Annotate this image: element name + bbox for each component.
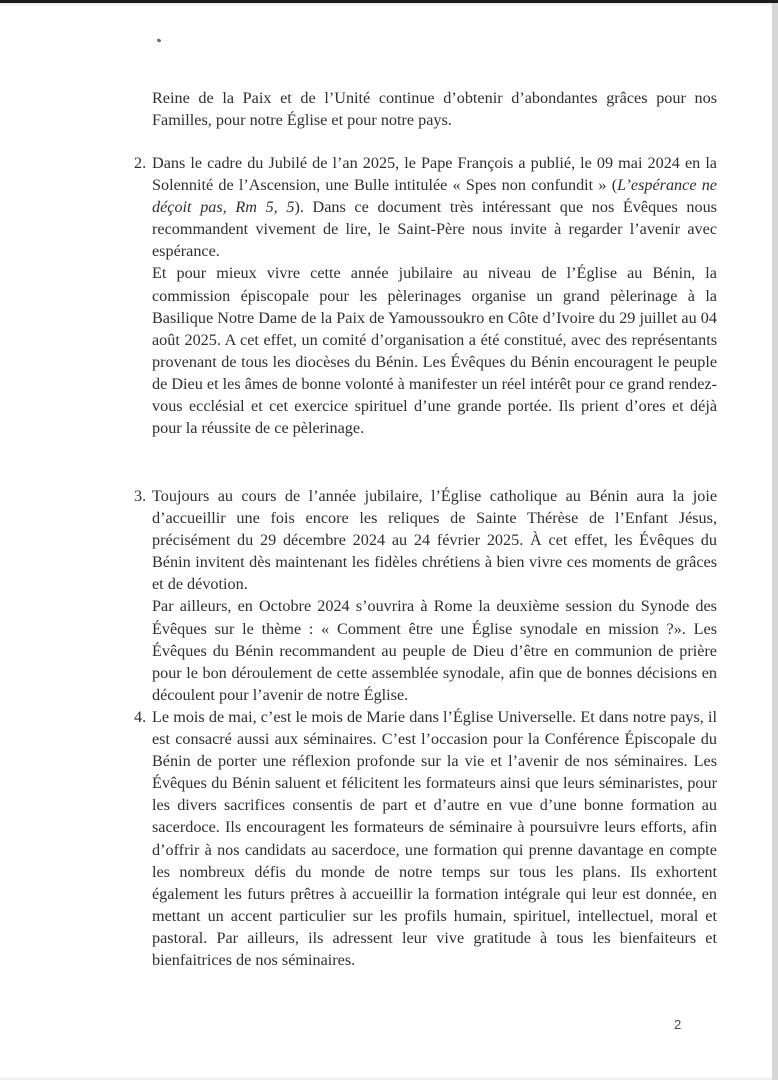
list-item-body: Dans le cadre du Jubilé de l’an 2025, le… [152, 152, 717, 439]
list-item-3: 3. Toujours au cours de l’année jubilair… [134, 485, 717, 706]
list-item-body: Toujours au cours de l’année jubilaire, … [152, 485, 717, 706]
paragraph: Et pour mieux vivre cette année jubilair… [152, 262, 717, 439]
document-page: Reine de la Paix et de l’Unité continue … [0, 0, 778, 1080]
intro-paragraph: Reine de la Paix et de l’Unité continue … [152, 87, 717, 131]
paragraph: Dans le cadre du Jubilé de l’an 2025, le… [152, 152, 717, 262]
paragraph: Par ailleurs, en Octobre 2024 s’ouvrira … [152, 595, 717, 705]
paragraph: Le mois de mai, c’est le mois de Marie d… [152, 706, 717, 971]
list-item-2: 2. Dans le cadre du Jubilé de l’an 2025,… [134, 152, 717, 439]
page-number: 2 [674, 1017, 681, 1032]
list-item-4: 4. Le mois de mai, c’est le mois de Mari… [134, 706, 717, 971]
paragraph: Toujours au cours de l’année jubilaire, … [152, 485, 717, 595]
list-item-body: Le mois de mai, c’est le mois de Marie d… [152, 706, 717, 971]
list-item-number: 2. [134, 152, 152, 174]
list-item-number: 3. [134, 485, 152, 507]
list-item-number: 4. [134, 706, 152, 728]
intro-text: Reine de la Paix et de l’Unité continue … [152, 89, 717, 129]
